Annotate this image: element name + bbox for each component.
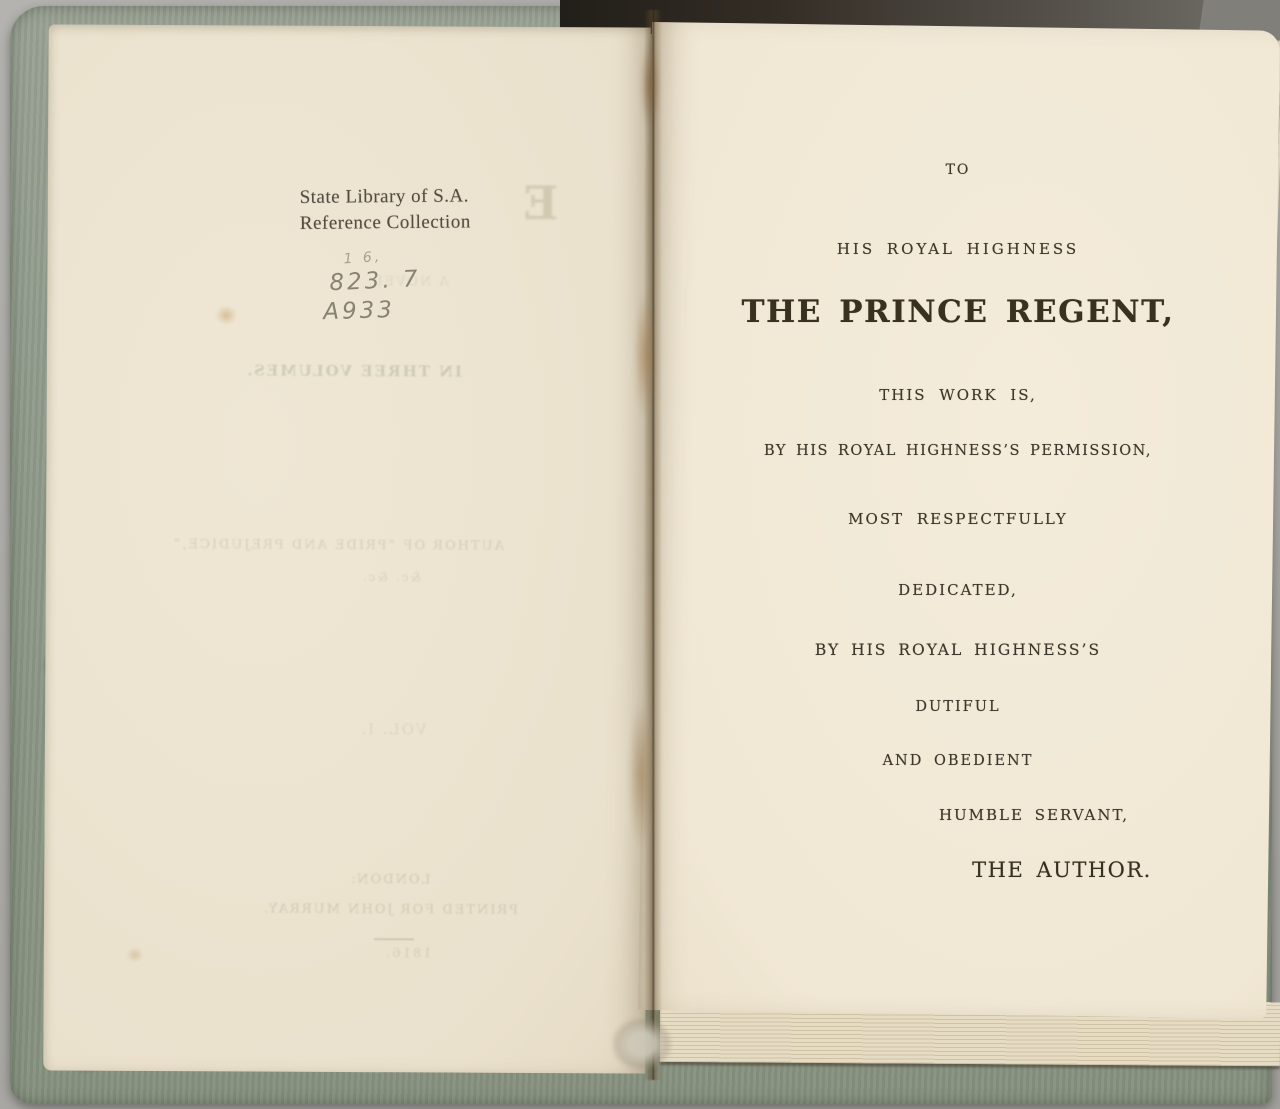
show-through-etc: &c. &c. (356, 570, 426, 584)
dedication-text-block: TO HIS ROYAL HIGHNESS THE PRINCE REGENT,… (700, 0, 1216, 1109)
foxing-spot (215, 305, 237, 325)
show-through-a-novel: A NOVEL. (347, 274, 467, 290)
show-through-vol: VOL. I. (343, 720, 443, 739)
show-through-london: LONDON: (332, 872, 447, 888)
stamp-line-1: State Library of S.A. (300, 183, 471, 210)
gutter-stain (634, 290, 656, 420)
call-number-cutter: A933 (323, 297, 395, 325)
dedication-line-dutiful: DUTIFUL (700, 699, 1216, 715)
dedication-line-respectfully: MOST RESPECTFULLY (700, 510, 1216, 528)
pencil-marks-faint: 1 6, (343, 249, 383, 267)
dedication-line-highness: HIS ROYAL HIGHNESS (700, 240, 1216, 258)
book-scan-photo: State Library of S.A. Reference Collecti… (0, 0, 1280, 1109)
dedication-line-prince-regent: THE PRINCE REGENT, (700, 294, 1216, 330)
dedication-line-obedient: AND OBEDIENT (700, 753, 1216, 769)
gutter-stain (628, 700, 654, 850)
show-through-year: 1816. (384, 946, 432, 961)
show-through-rule (374, 938, 414, 940)
foxing-spot (126, 947, 144, 963)
show-through-initial: E (518, 175, 564, 231)
dedication-line-to: TO (700, 162, 1216, 178)
dedication-line-this-work: THIS WORK IS, (700, 386, 1216, 404)
show-through-volumes: IN THREE VOLUMES. (262, 362, 462, 381)
library-stamp: State Library of S.A. Reference Collecti… (300, 183, 471, 236)
show-through-printer: PRINTED FOR JOHN MURRAY. (240, 901, 540, 918)
show-through-author: AUTHOR OF “PRIDE AND PREJUDICE,” (214, 537, 504, 554)
binding-fray (612, 1018, 672, 1070)
dedication-line-dedicated: DEDICATED, (700, 581, 1216, 599)
binding-gutter (644, 10, 662, 1080)
dedication-line-servant: HUMBLE SERVANT, (776, 806, 1280, 824)
stamp-line-2: Reference Collection (300, 209, 471, 236)
gutter-stain (640, 40, 660, 130)
dedication-line-by-highness: BY HIS ROYAL HIGHNESS’S (700, 641, 1216, 659)
dedication-line-author: THE AUTHOR. (804, 858, 1280, 882)
dedication-line-permission: BY HIS ROYAL HIGHNESS’S PERMISSION, (700, 443, 1216, 459)
left-page: State Library of S.A. Reference Collecti… (43, 24, 650, 1073)
